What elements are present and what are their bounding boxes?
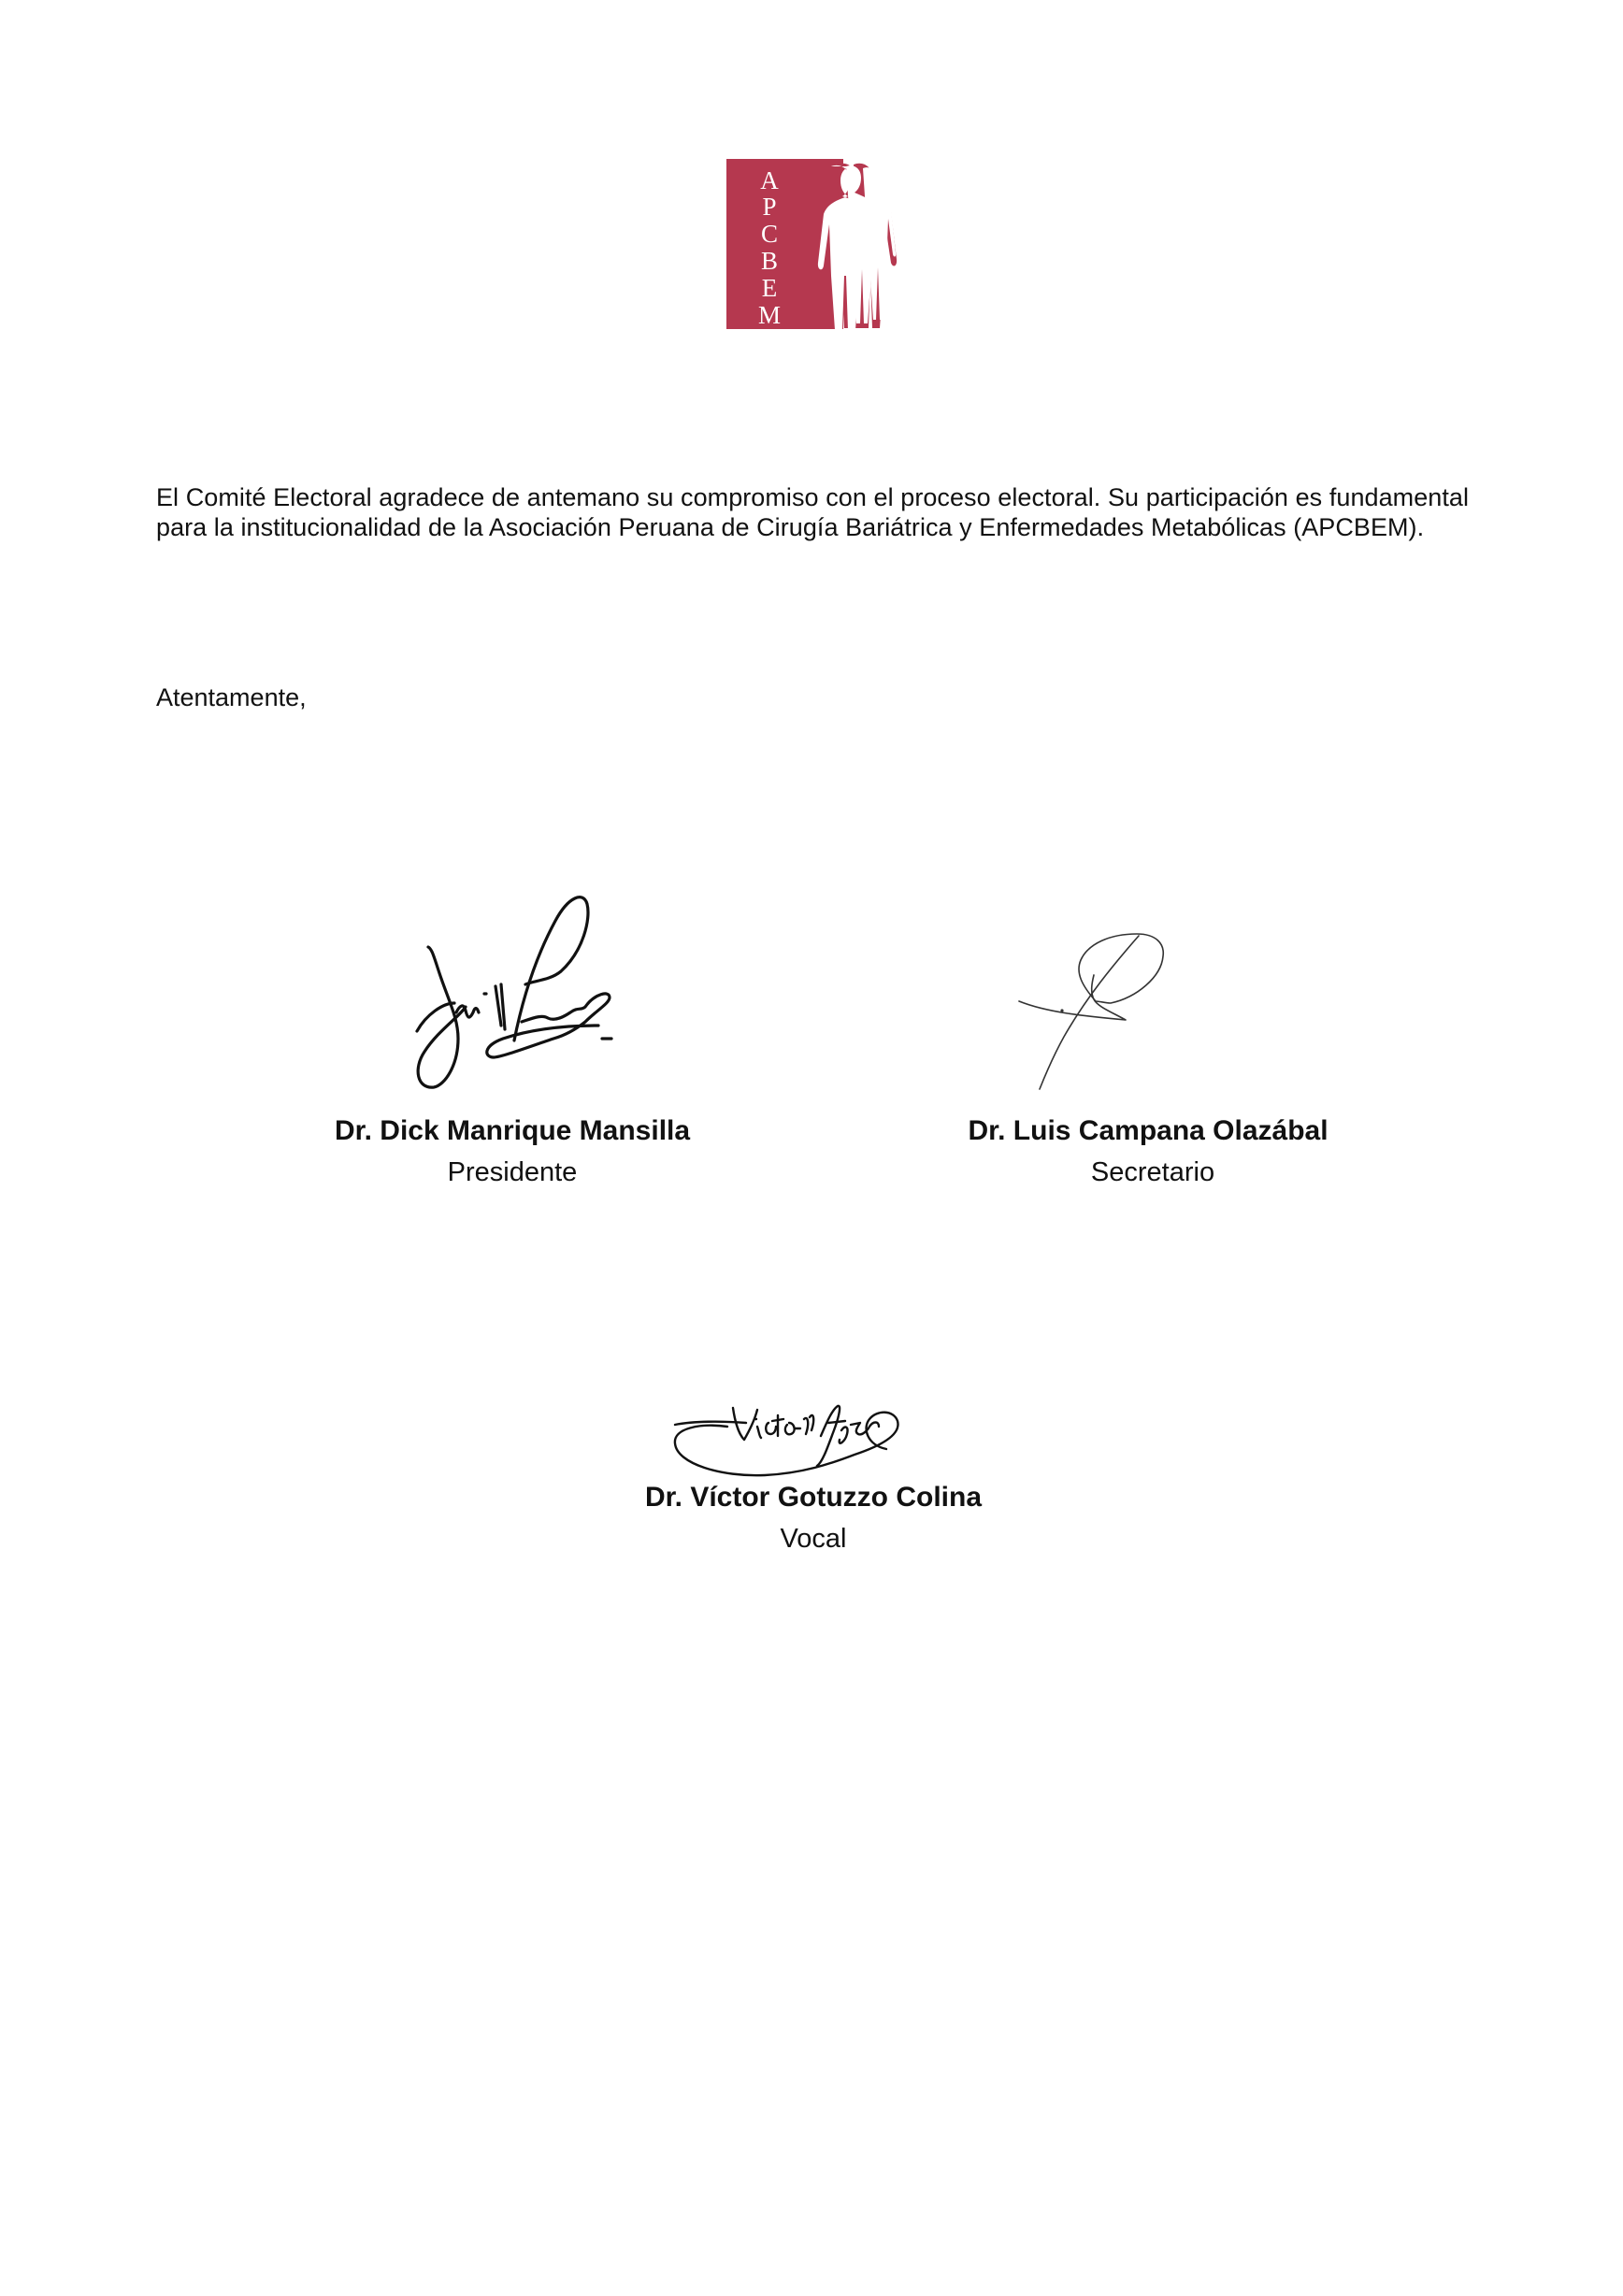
handwritten-signature-icon — [1017, 930, 1185, 1098]
logo-letter-a: A — [760, 166, 779, 194]
signer-name: Dr. Dick Manrique Mansilla — [232, 1115, 793, 1147]
logo-letter-e: E — [762, 274, 778, 302]
signer-secretary: Dr. Luis Campana Olazábal Secretario — [868, 1115, 1429, 1188]
logo-letter-b: B — [761, 247, 778, 275]
signer-name: Dr. Víctor Gotuzzo Colina — [533, 1482, 1094, 1514]
body-paragraph: El Comité Electoral agradece de antemano… — [156, 482, 1469, 542]
signature-secretary — [1017, 930, 1185, 1098]
handwritten-signature-icon — [402, 883, 645, 1098]
signature-president — [402, 883, 645, 1098]
apcbem-logo: A P C B E M — [726, 159, 904, 332]
logo-letter-m: M — [758, 301, 781, 329]
signer-name: Dr. Luis Campana Olazábal — [868, 1115, 1429, 1147]
handwritten-signature-icon — [671, 1402, 905, 1486]
apcbem-logo-icon: A P C B E M — [726, 159, 904, 332]
signer-role: Vocal — [533, 1523, 1094, 1555]
logo-letter-p: P — [762, 193, 776, 221]
signer-vocal: Dr. Víctor Gotuzzo Colina Vocal — [533, 1482, 1094, 1555]
signature-vocal — [671, 1402, 905, 1486]
closing-salutation: Atentamente, — [156, 682, 307, 712]
signer-role: Secretario — [868, 1156, 1429, 1188]
signer-role: Presidente — [232, 1156, 793, 1188]
signer-president: Dr. Dick Manrique Mansilla Presidente — [232, 1115, 793, 1188]
logo-letter-c: C — [761, 220, 778, 248]
